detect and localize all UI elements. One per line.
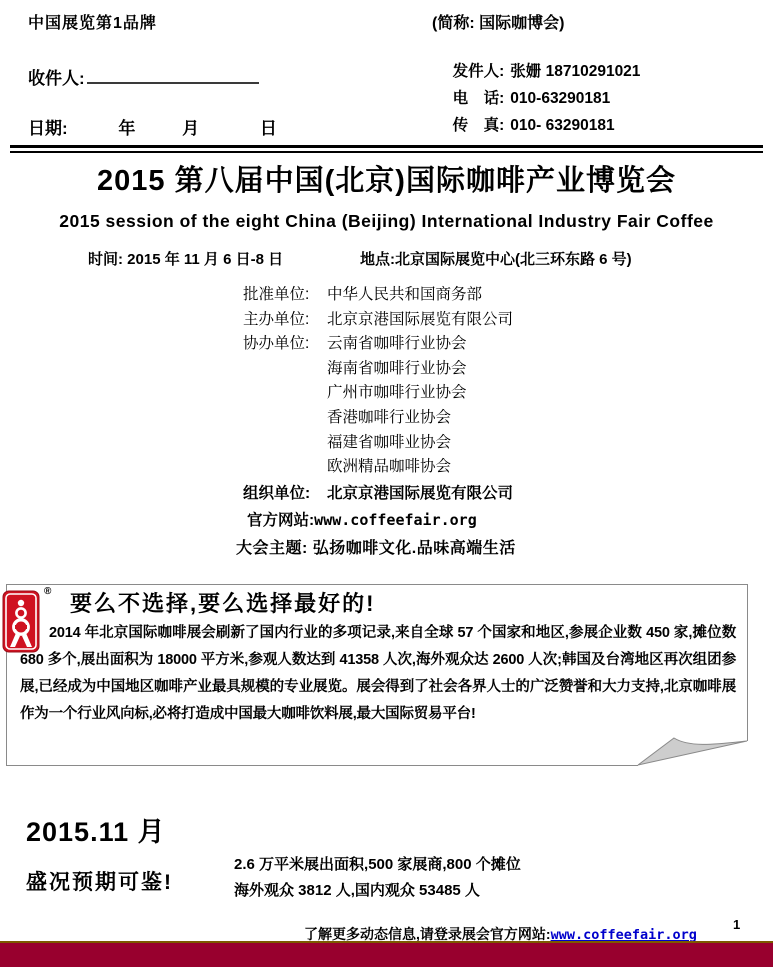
organizer-label: 批准单位: [243,283,327,308]
registered-trademark-icon: ® [44,586,51,597]
theme-row: 大会主题: 弘扬咖啡文化.品味高端生活 [236,535,516,558]
organizer-value: 中华人民共和国商务部 [327,286,482,303]
bottom-accent-bar [0,941,773,967]
organizer-value: 香港咖啡行业协会 [327,409,451,426]
date-day-label: 日 [260,119,277,138]
organizer-label: 协办单位: [243,332,327,357]
venue-label: 地点: [360,251,395,268]
promo-box-border-bottom [6,765,638,766]
date-row: 日期: 年 月 日 [28,114,277,139]
next-edition-date: 2015.11 月 [26,810,166,849]
date-label: 日期: [28,119,68,138]
organizing-unit-row: 组织单位:北京京港国际展览有限公司 [243,481,513,503]
date-year-label: 年 [118,119,135,138]
list-item: 海南省咖啡行业协会 [243,357,513,382]
page-title: 2015 第八届中国(北京)国际咖啡产业博览会 [0,158,773,199]
header-divider [10,145,763,153]
time-label: 时间: [88,251,123,268]
promo-box: 要么不选择,要么选择最好的! 2014 年北京国际咖啡展会刷新了国内行业的多项记… [6,584,748,766]
list-item: 欧洲精品咖啡协会 [243,455,513,480]
fax-label: 传 真: [453,117,505,134]
event-time: 时间: 2015 年 11 月 6 日-8 日 [88,248,283,269]
promo-headline: 要么不选择,要么选择最好的! [70,587,375,618]
list-item: 协办单位:云南省咖啡行业协会 [243,332,513,357]
list-item: 香港咖啡行业协会 [243,406,513,431]
expectation-tagline: 盛况预期可鉴! [26,866,173,896]
list-item: 批准单位:中华人民共和国商务部 [243,283,513,308]
promo-box-border-right [747,584,748,741]
fax-value: 010- 63290181 [510,117,614,134]
event-venue: 地点:北京国际展览中心(北三环东路 6 号) [360,248,632,269]
website-url: www.coffeefair.org [314,511,477,529]
venue-value: 北京国际展览中心(北三环东路 6 号) [395,251,632,268]
title-cn-text: 第八届中国(北京)国际咖啡产业博览会 [175,165,676,197]
organizer-value: 广州市咖啡行业协会 [327,384,467,401]
expected-stats: 2.6 万平米展出面积,500 家展商,800 个摊位 海外观众 3812 人,… [234,852,521,904]
organizing-unit-value: 北京京港国际展览有限公司 [327,485,513,502]
organizing-unit-label: 组织单位: [243,481,327,503]
expo-short-name: (简称: 国际咖博会) [432,10,564,33]
organizer-logo-icon [2,590,42,654]
organizer-value: 北京京港国际展览有限公司 [327,311,513,328]
theme-value: 弘扬咖啡文化.品味高端生活 [313,540,516,557]
official-website-row: 官方网站:www.coffeefair.org [247,508,477,530]
list-item: 主办单位:北京京港国际展览有限公司 [243,308,513,333]
list-item: 福建省咖啡业协会 [243,431,513,456]
theme-label: 大会主题: [236,540,308,557]
promo-box-border-top [6,584,748,585]
website-label: 官方网站: [247,512,314,529]
title-year: 2015 [97,165,166,197]
date-month-label: 月 [182,119,199,138]
recipient-label: 收件人: [28,69,85,88]
page-curl-corner [634,734,752,768]
recipient-row: 收件人: [28,64,259,89]
footer-text: 了解更多动态信息,请登录展会官方网站: [304,926,551,942]
organizer-list: 批准单位:中华人民共和国商务部 主办单位:北京京港国际展览有限公司 协办单位:云… [243,283,513,480]
organizer-value: 海南省咖啡行业协会 [327,360,467,377]
organizer-value: 欧洲精品咖啡协会 [327,458,451,475]
promo-body: 2014 年北京国际咖啡展会刷新了国内行业的多项记录,来自全球 57 个国家和地… [20,620,736,728]
page-title-english: 2015 session of the eight China (Beijing… [0,211,773,232]
brand-slogan: 中国展览第1品牌 [28,10,157,33]
organizer-label: 主办单位: [243,308,327,333]
fax-row: 传 真:010- 63290181 [444,95,615,135]
organizer-value: 云南省咖啡行业协会 [327,335,467,352]
time-value: 2015 年 11 月 6 日-8 日 [127,251,283,268]
page-number: 1 [733,917,740,932]
list-item: 广州市咖啡行业协会 [243,381,513,406]
stats-line-1: 2.6 万平米展出面积,500 家展商,800 个摊位 [234,852,521,878]
organizer-value: 福建省咖啡业协会 [327,434,451,451]
recipient-blank-line [87,67,259,84]
stats-line-2: 海外观众 3812 人,国内观众 53485 人 [234,878,521,904]
